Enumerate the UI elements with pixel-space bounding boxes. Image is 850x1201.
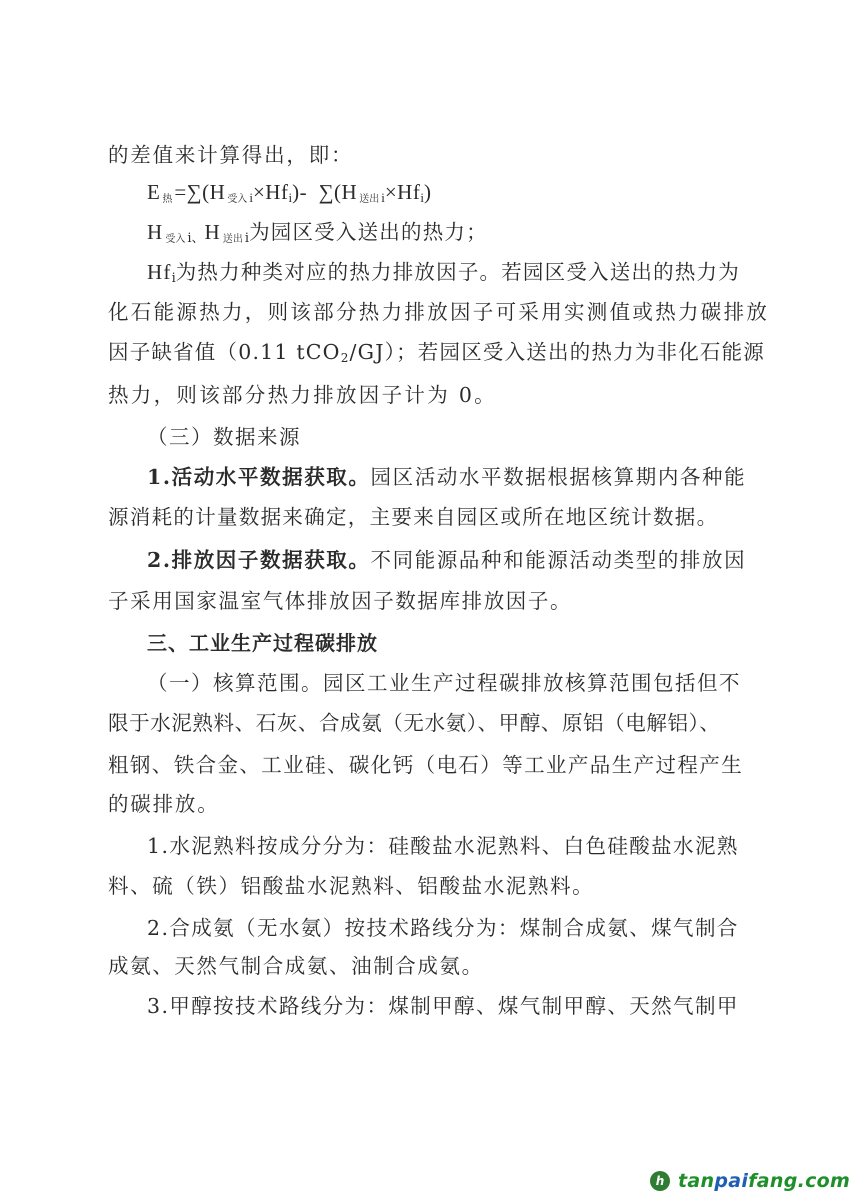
watermark-text-part: fang.com <box>748 1170 850 1192</box>
text-line: 1.水泥熟料按成分分为：硅酸盐水泥熟料、白色硅酸盐水泥熟 <box>147 832 709 860</box>
formula-subscript: 热 <box>162 194 172 205</box>
formula-subscript: 送出 <box>359 194 379 205</box>
text-line: 源消耗的计量数据来确定，主要来自园区或所在地区统计数据。 <box>108 503 708 531</box>
chapter-heading: 三、工业生产过程碳排放 <box>147 629 709 657</box>
bold-lead: 1.活动水平数据获取。 <box>147 465 371 489</box>
formula-symbol: H <box>205 220 221 244</box>
formula-subscript: 受入 <box>227 194 247 205</box>
text-line: 化石能源热力，则该部分热力排放因子可采用实测值或热力碳排放 <box>108 298 708 326</box>
watermark-text-part: pai <box>714 1170 748 1192</box>
formula-subscript: 送出 <box>223 234 243 245</box>
tanpaifang-logo-icon: h <box>650 1171 670 1191</box>
text-line: Hfi为热力种类对应的热力排放因子。若园区受入送出的热力为 <box>147 258 709 293</box>
text-line: 1.活动水平数据获取。园区活动水平数据根据核算期内各种能 <box>147 463 709 491</box>
text-span: 为园区受入送出的热力； <box>249 220 488 244</box>
formula-part: )- ∑(H <box>292 180 357 204</box>
formula-symbol: E <box>147 180 160 204</box>
text-line: 2.合成氨（无水氨）按技术路线分为：煤制合成氨、煤气制合 <box>147 914 709 942</box>
text-line: 限于水泥熟料、石灰、合成氨（无水氨）、甲醇、原铝（电解铝）、 <box>108 709 708 737</box>
heat-emission-formula: E热=∑(H受入i×Hfi)- ∑(H送出i×Hfi) <box>147 178 747 214</box>
text-line: 子采用国家温室气体排放因子数据库排放因子。 <box>108 587 708 615</box>
formula-part: ) <box>424 180 432 204</box>
section-heading: （三）数据来源 <box>147 423 709 451</box>
formula-part: =∑(H <box>174 180 225 204</box>
text-line: 热力，则该部分热力排放因子计为 0。 <box>108 381 708 409</box>
text-line: 料、硫（铁）铝酸盐水泥熟料、铝酸盐水泥熟料。 <box>108 872 708 900</box>
formula-part: ×Hf <box>253 180 289 204</box>
site-watermark: h tanpaifang.com <box>650 1166 850 1196</box>
text-line: 的差值来计算得出，即： <box>108 141 708 169</box>
text-line: 粗钢、铁合金、工业硅、碳化钙（电石）等工业产品生产过程产生 <box>108 751 708 779</box>
formula-subscript: 受入 <box>165 234 185 245</box>
document-page: 的差值来计算得出，即： E热=∑(H受入i×Hfi)- ∑(H送出i×Hfi) … <box>0 0 850 1201</box>
formula-symbol: H <box>147 220 163 244</box>
watermark-text: tanpaifang.com <box>678 1170 850 1192</box>
text-line: 2.排放因子数据获取。不同能源品种和能源活动类型的排放因 <box>147 546 709 574</box>
formula-definition-line: H受入i、H送出i为园区受入送出的热力； <box>147 218 709 254</box>
formula-subscript: i、 <box>187 231 204 246</box>
formula-part: ×Hf <box>385 180 421 204</box>
formula-subscript: 2 <box>341 351 350 365</box>
watermark-text-part: tan <box>678 1170 714 1192</box>
text-span: /GJ）；若园区受入送出的热力为非化石能源 <box>350 340 765 364</box>
text-span: 不同能源品种和能源活动类型的排放因 <box>371 548 747 572</box>
text-line: 因子缺省值（0.11 tCO2/GJ）；若园区受入送出的热力为非化石能源 <box>108 338 708 372</box>
text-span: 因子缺省值（0.11 tCO <box>108 340 341 364</box>
bold-lead: 2.排放因子数据获取。 <box>147 548 371 572</box>
text-span: 园区活动水平数据根据核算期内各种能 <box>371 465 747 489</box>
formula-symbol: Hf <box>147 260 172 284</box>
text-line: 成氨、天然气制合成氨、油制合成氨。 <box>108 952 708 980</box>
text-line: 3.甲醇按技术路线分为：煤制甲醇、煤气制甲醇、天然气制甲 <box>147 992 709 1020</box>
text-line: （一）核算范围。园区工业生产过程碳排放核算范围包括但不 <box>147 669 709 697</box>
text-span: 为热力种类对应的热力排放因子。若园区受入送出的热力为 <box>176 260 740 284</box>
text-line: 的碳排放。 <box>108 790 708 818</box>
